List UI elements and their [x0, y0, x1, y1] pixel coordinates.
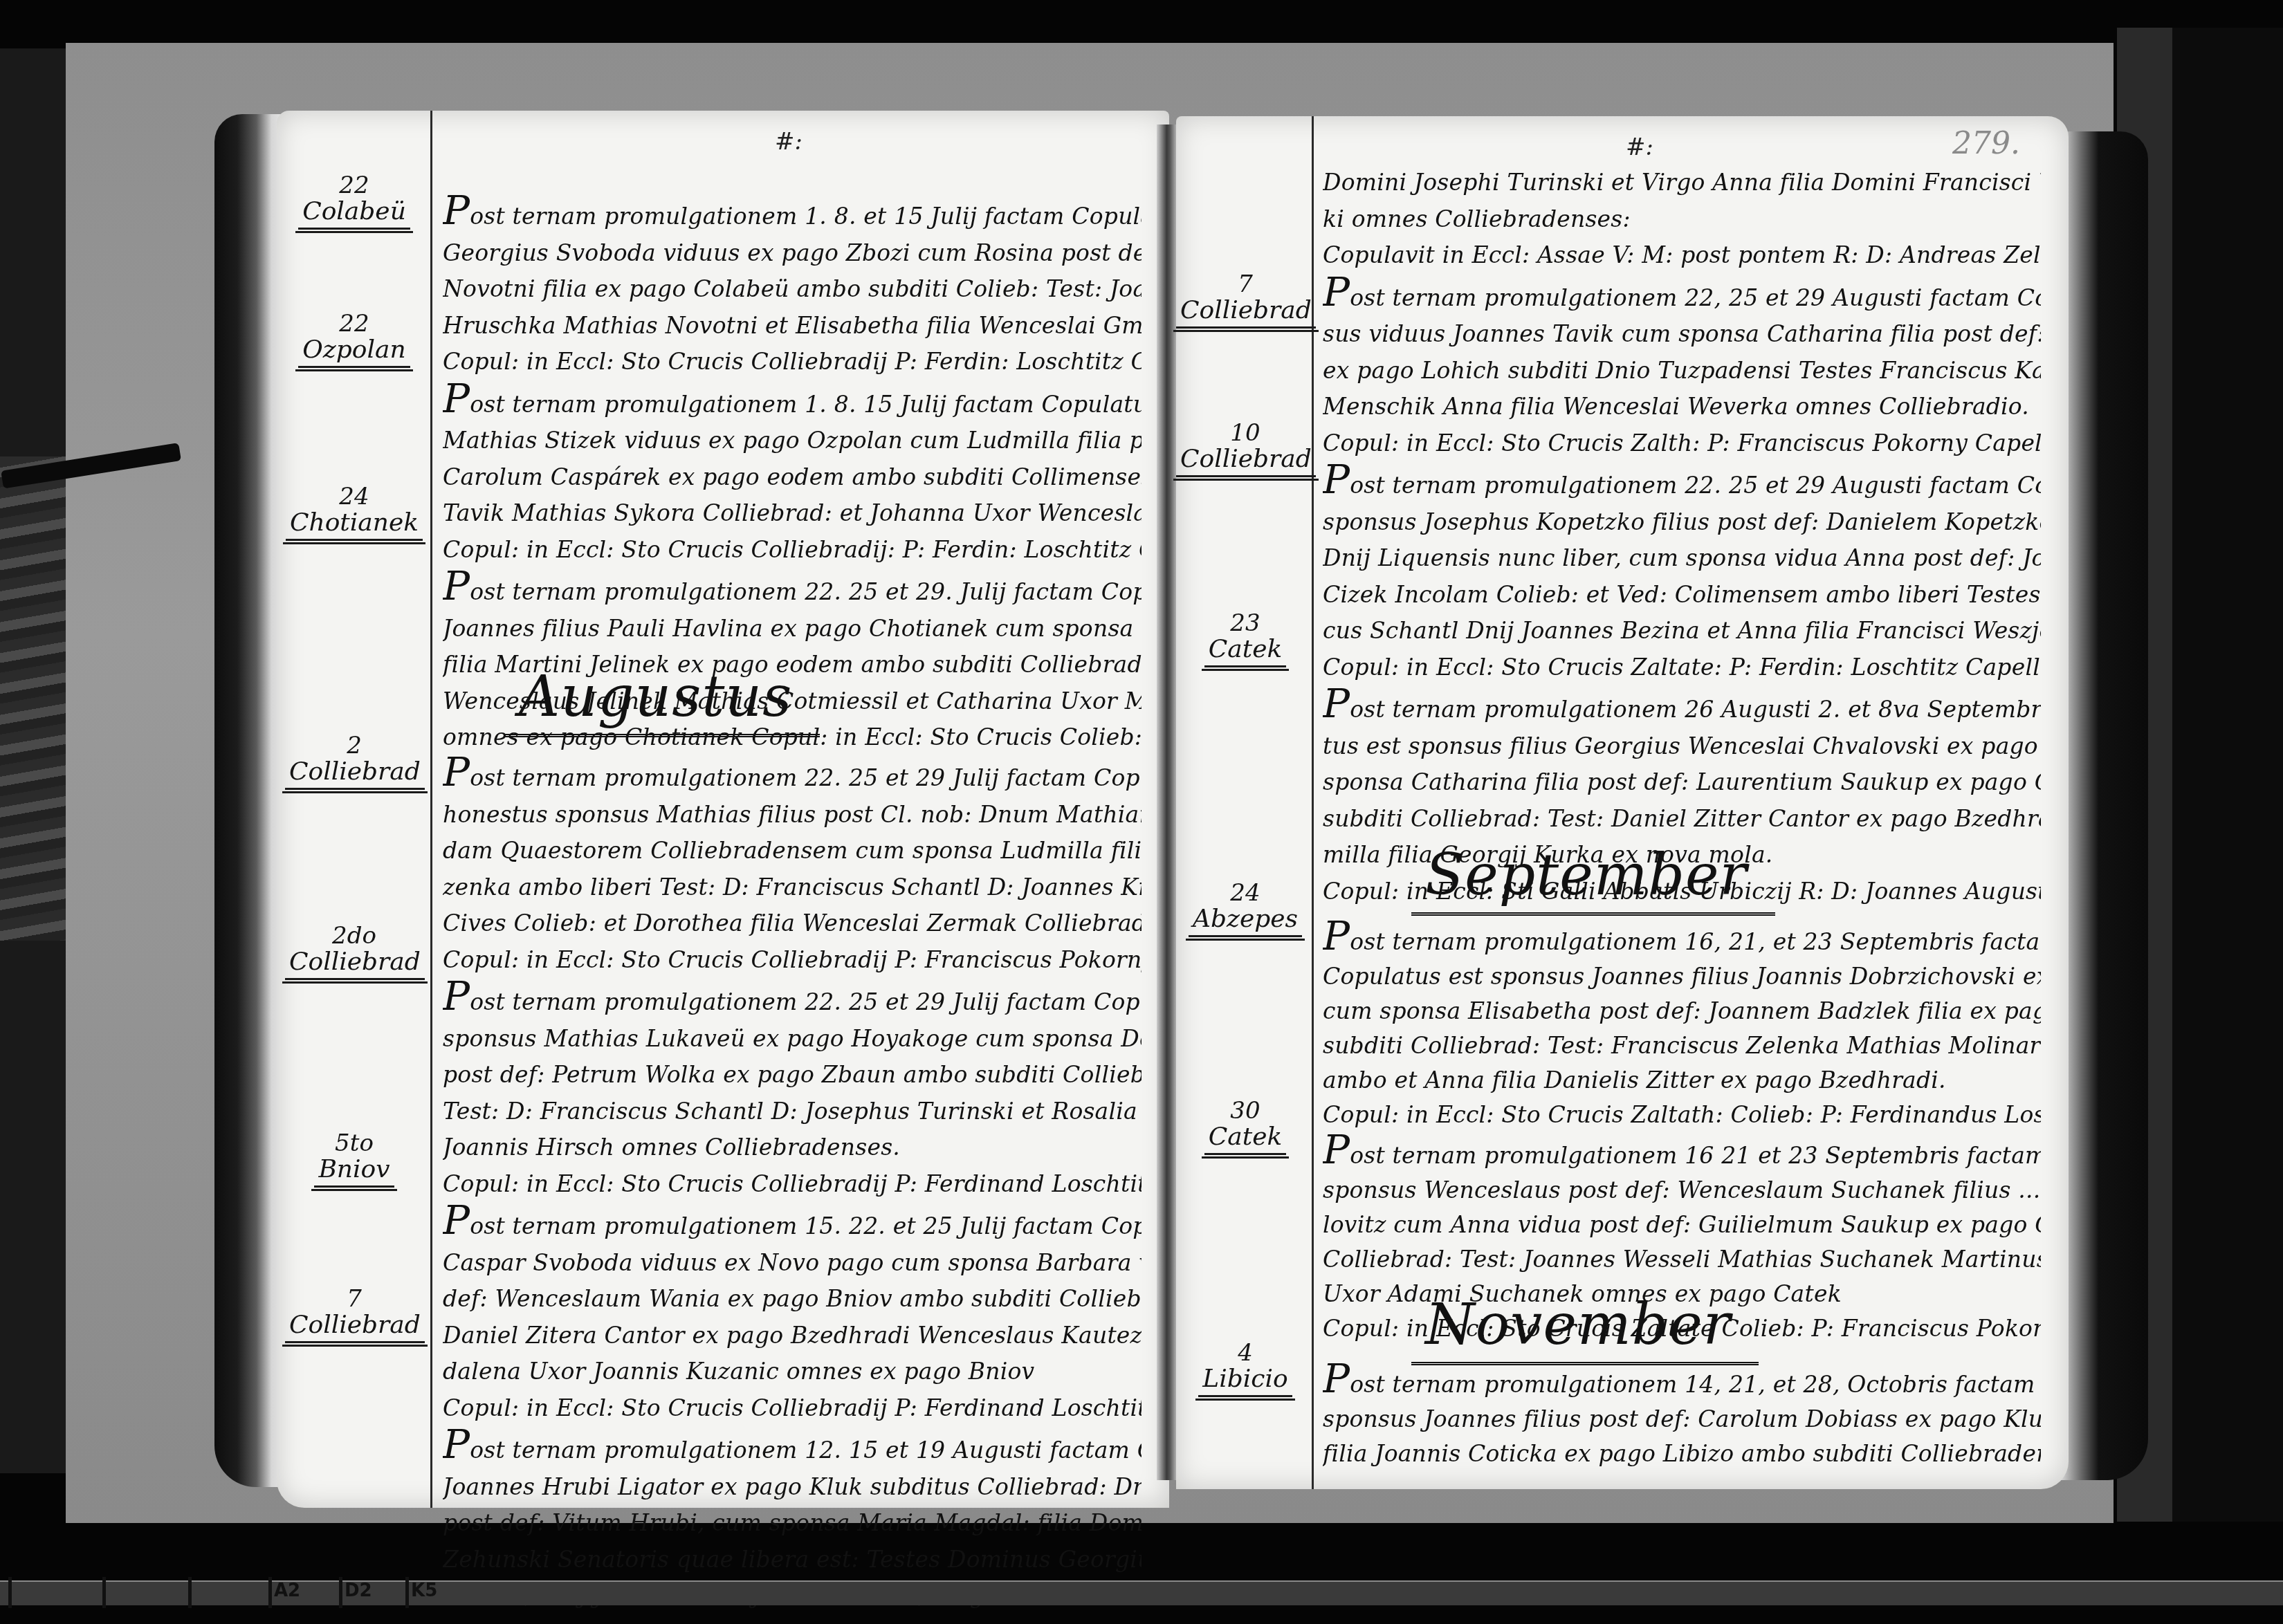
margin-place: Colliebrad [1176, 297, 1316, 329]
scan-background-photo-fragment [0, 456, 66, 941]
text-line: Carolum Caspárek ex pago eodem ambo subd… [443, 459, 1141, 496]
text-line: Post ternam promulgationem 22, 25 et 29 … [1323, 274, 2041, 317]
margin-place: Colabeü [298, 198, 410, 230]
text-line: Post ternam promulgationem 26 Augusti 2.… [1323, 685, 2041, 728]
text-line: Post ternam promulgationem 15. 22. et 25… [443, 1202, 1141, 1245]
margin-place: Colliebrad [285, 1311, 425, 1343]
folio-mark: #: [775, 128, 803, 156]
text-line: Colliebrad: Test: Joannes Wesseli Mathia… [1323, 1242, 2041, 1277]
text-line: Caspar Svoboda viduus ex Novo pago cum s… [443, 1245, 1141, 1282]
margin-day: 2 [285, 733, 423, 758]
month-heading: September [1411, 842, 1775, 916]
folio-mark: #: [1626, 133, 1653, 161]
text-line: filia Joannis Coticka ex pago Libizo amb… [1323, 1437, 2041, 1471]
text-line: Copul: in Eccl: Sto Crucis Colliebradij … [443, 344, 1141, 380]
entry-text-block: Post ternam promulgationem 14, 21, et 28… [1323, 1361, 2041, 1471]
margin-note: 7 Colliebrad [1176, 272, 1314, 329]
text-line: ex pago Lohich subditi Dnio Tuzpadensi T… [1323, 353, 2041, 389]
text-line: Joannis Hirsch omnes Colliebradenses. [443, 1129, 1141, 1166]
text-line: post def: Vitum Hrubi, cum sponsa Maria … [443, 1505, 1141, 1542]
text-line: Novotni filia ex pago Colabeü ambo subdi… [443, 271, 1141, 308]
text-line: Copul: in Eccl: Sto Crucis Colliebradij … [443, 942, 1141, 979]
margin-day: 30 [1176, 1098, 1314, 1123]
month-heading: November [1411, 1292, 1759, 1365]
margin-day: 22 [285, 311, 423, 336]
microfilm-strip [0, 1580, 2283, 1605]
text-line: Post ternam promulgationem 14, 21, et 28… [1323, 1361, 2041, 1402]
margin-note: 22 Ozpolan [285, 311, 423, 368]
ruler-tick [8, 1577, 12, 1608]
text-line: ki omnes Colliebradenses: [1323, 201, 2041, 238]
margin-day: 2do [285, 923, 423, 948]
margin-place: Catek [1204, 1123, 1287, 1155]
margin-place: Colliebrad [285, 758, 425, 790]
text-line: Copulatus est sponsus Joannes filius Joa… [1323, 959, 2041, 994]
ruler-label: D2 [345, 1580, 372, 1601]
margin-day: 5to [285, 1131, 423, 1156]
text-line: sponsus Mathias Lukaveü ex pago Hoyakoge… [443, 1021, 1141, 1058]
text-line: sponsus Josephus Kopetzko filius post de… [1323, 504, 2041, 541]
ruler-label: K5 [411, 1580, 437, 1601]
margin-note: 4 Libicio [1176, 1340, 1314, 1397]
text-line: subditi Colliebrad: Test: Franciscus Zel… [1323, 1028, 2041, 1063]
ruler-tick [268, 1577, 272, 1608]
ruler-tick [188, 1577, 192, 1608]
left-page: #: 22 Colabeü 22 Ozpolan 24 Chotianek 2 … [277, 111, 1169, 1508]
margin-day: 23 [1176, 611, 1314, 636]
entry-text-block: Domini Josephi Turinski et Virgo Anna fi… [1323, 165, 2041, 910]
text-line: Post ternam promulgationem 22. 25 et 29.… [443, 568, 1141, 611]
text-line: ambo et Anna filia Danielis Zitter ex pa… [1323, 1063, 2041, 1098]
margin-note: 24 Abzepes [1176, 880, 1314, 937]
margin-note: 7 Colliebrad [285, 1286, 423, 1343]
text-line: sus viduus Joannes Tavik cum sponsa Cath… [1323, 316, 2041, 353]
margin-place: Colliebrad [1176, 445, 1316, 477]
text-line: Test: D: Franciscus Schantl D: Josephus … [443, 1094, 1141, 1130]
entry-text-block: Post ternam promulgationem 16, 21, et 23… [1323, 919, 2041, 1346]
text-line: dam Quaestorem Colliebradensem cum spons… [443, 833, 1141, 869]
text-line: dalena Uxor Joannis Kuzanic omnes ex pag… [443, 1354, 1141, 1390]
margin-day: 10 [1176, 421, 1314, 445]
ruler-tick [405, 1577, 409, 1608]
text-line: Zehunski Senatoris quae libera est: Test… [443, 1542, 1141, 1578]
margin-place: Libicio [1198, 1365, 1292, 1397]
ruler-tick [102, 1577, 106, 1608]
margin-place: Ozpolan [298, 336, 410, 368]
margin-place: Chotianek [286, 509, 423, 541]
margin-rule [430, 111, 432, 1508]
margin-day: 22 [285, 173, 423, 198]
margin-day: 7 [285, 1286, 423, 1311]
text-line: honestus sponsus Mathias filius post Cl.… [443, 797, 1141, 833]
month-heading: Augustus [505, 664, 820, 737]
margin-note: 5to Bniov [285, 1131, 423, 1188]
text-line: Copul: in Eccl: Sto Crucis Zaltate: P: F… [1323, 649, 2041, 686]
text-line: Post ternam promulgationem 1. 8. 15 Juli… [443, 380, 1141, 423]
text-line: Copulavit in Eccl: Assae V: M: post pont… [1323, 237, 2041, 274]
margin-note: 23 Catek [1176, 611, 1314, 667]
text-line: Copul: in Eccl: Sto Crucis Colliebradij … [443, 1390, 1141, 1427]
text-line: Menschik Anna filia Wenceslai Weverka om… [1323, 389, 2041, 425]
margin-day: 24 [1176, 880, 1314, 905]
text-line: Joannes Hrubi Ligator ex pago Kluk subdi… [443, 1469, 1141, 1506]
text-line: cum sponsa Elisabetha post def: Joannem … [1323, 994, 2041, 1028]
text-line: Copul: in Eccl: Sto Crucis Zaltath: Coli… [1323, 1098, 2041, 1132]
text-line: Dnij Liquensis nunc liber, cum sponsa vi… [1323, 540, 2041, 577]
margin-place: Abzepes [1189, 905, 1302, 937]
text-line: Post ternam promulgationem 16, 21, et 23… [1323, 919, 2041, 959]
margin-place: Catek [1204, 636, 1287, 667]
margin-note: 10 Colliebrad [1176, 421, 1314, 477]
text-line: Post ternam promulgationem 22. 25 et 29 … [1323, 461, 2041, 504]
text-line: sponsa Catharina filia post def: Laurent… [1323, 764, 2041, 801]
ruler-label: A2 [274, 1580, 300, 1601]
margin-day: 24 [285, 484, 423, 509]
text-line: Daniel Zitera Cantor ex pago Bzedhradi W… [443, 1318, 1141, 1354]
margin-day: 7 [1176, 272, 1314, 297]
text-line: Post ternam promulgationem 16 21 et 23 S… [1323, 1132, 2041, 1173]
margin-note: 2 Colliebrad [285, 733, 423, 790]
text-line: Post ternam promulgationem 12. 15 et 19 … [443, 1426, 1141, 1469]
text-line: Post ternam promulgationem 22. 25 et 29 … [443, 754, 1141, 797]
text-line: Copul: in Eccl: Sto Crucis Colliebradij … [443, 1166, 1141, 1203]
margin-note: 30 Catek [1176, 1098, 1314, 1155]
text-line: Post ternam promulgationem 22. 25 et 29 … [443, 978, 1141, 1021]
text-line: Mathias Stizek viduus ex pago Ozpolan cu… [443, 423, 1141, 459]
text-line: Hruschka Mathias Novotni et Elisabetha f… [443, 308, 1141, 344]
ruler-tick [339, 1577, 342, 1608]
text-line: Domini Josephi Turinski et Virgo Anna fi… [1323, 165, 2041, 201]
text-line: sponsus Joannes filius post def: Carolum… [1323, 1402, 2041, 1437]
text-line: def: Wenceslaum Wania ex pago Bniov ambo… [443, 1281, 1141, 1318]
scan-background-right [2172, 28, 2283, 1522]
entry-text-block: Post ternam promulgationem 22. 25 et 29 … [443, 754, 1141, 1614]
margin-note: 2do Colliebrad [285, 923, 423, 980]
text-line: Tavik Mathias Sykora Colliebrad: et Joha… [443, 495, 1141, 532]
book-page-edges-right [2058, 131, 2148, 1480]
text-line: post def: Petrum Wolka ex pago Zbaun amb… [443, 1057, 1141, 1094]
page-number: 279. [1952, 126, 2020, 161]
margin-note: 24 Chotianek [285, 484, 423, 541]
right-page: #: 279. 7 Colliebrad 10 Colliebrad 23 Ca… [1176, 116, 2069, 1489]
text-line: lovitz cum Anna vidua post def: Guilielm… [1323, 1208, 2041, 1242]
text-line: cus Schantl Dnij Joannes Bezina et Anna … [1323, 613, 2041, 649]
text-line: Cizek Incolam Colieb: et Ved: Colimensem… [1323, 577, 2041, 613]
text-line: Georgius Svoboda viduus ex pago Zbozi cu… [443, 235, 1141, 272]
text-line: Post ternam promulgationem 1. 8. et 15 J… [443, 192, 1141, 235]
margin-day: 4 [1176, 1340, 1314, 1365]
text-line: subditi Colliebrad: Test: Daniel Zitter … [1323, 801, 2041, 838]
text-line: Copul: in Eccl: Sto Crucis Colliebradij:… [443, 532, 1141, 569]
margin-note: 22 Colabeü [285, 173, 423, 230]
text-line: tus est sponsus filius Georgius Wencesla… [1323, 728, 2041, 765]
margin-place: Bniov [314, 1156, 394, 1188]
text-line: sponsus Wenceslaus post def: Wenceslaum … [1323, 1173, 2041, 1208]
text-line: Cives Colieb: et Dorothea filia Wencesla… [443, 905, 1141, 942]
text-line: Joannes filius Pauli Havlina ex pago Cho… [443, 611, 1141, 647]
text-line: zenka ambo liberi Test: D: Franciscus Sc… [443, 869, 1141, 906]
margin-place: Colliebrad [285, 948, 425, 980]
text-line: Copul: in Eccl: Sto Crucis Zalth: P: Fra… [1323, 425, 2041, 462]
